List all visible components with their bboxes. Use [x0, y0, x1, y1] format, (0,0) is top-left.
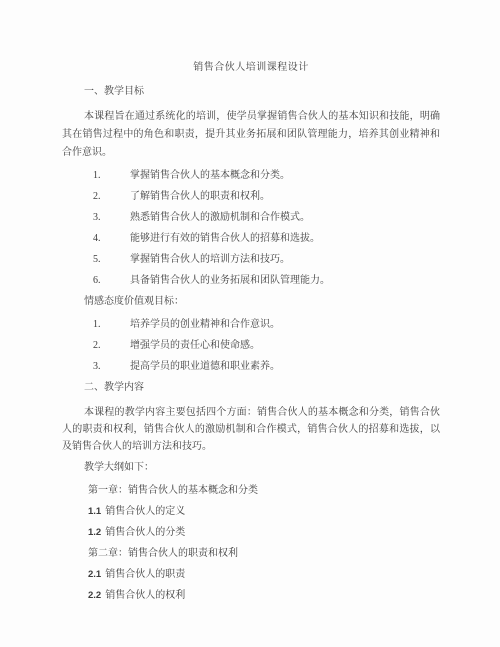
outline-number: 1.1 [88, 506, 101, 517]
value-item: 2. 增强学员的责任心和使命感。 [62, 339, 440, 353]
outline-chapter: 第二章：销售合伙人的职责和权利 [62, 547, 440, 560]
list-text: 熟悉销售合伙人的激励机制和合作模式。 [130, 211, 310, 225]
objective-item: 4. 能够进行有效的销售合伙人的招募和选拔。 [62, 232, 440, 246]
objective-item: 1. 掌握销售合伙人的基本概念和分类。 [62, 169, 440, 183]
list-text: 掌握销售合伙人的培训方法和技巧。 [130, 253, 290, 267]
section2-heading: 二、教学内容 [62, 381, 440, 395]
list-text: 培养学员的创业精神和合作意识。 [130, 318, 280, 332]
list-text: 了解销售合伙人的职责和权利。 [130, 190, 270, 204]
objective-item: 5. 掌握销售合伙人的培训方法和技巧。 [62, 253, 440, 267]
objective-item: 6. 具备销售合伙人的业务拓展和团队管理能力。 [62, 274, 440, 288]
outline-text: 第一章：销售合伙人的基本概念和分类 [88, 485, 258, 496]
outline-number: 1.2 [88, 527, 101, 538]
section1-intro-paragraph: 本课程旨在通过系统化的培训，使学员掌握销售合伙人的基本知识和技能，明确其在销售过… [62, 108, 440, 162]
list-text: 掌握销售合伙人的基本概念和分类。 [130, 169, 290, 183]
list-number: 3. [93, 211, 130, 225]
course-outline: 第一章：销售合伙人的基本概念和分类 1.1销售合伙人的定义 1.2销售合伙人的分… [62, 484, 440, 602]
outline-heading: 教学大纲如下： [62, 461, 440, 475]
outline-number: 2.2 [88, 590, 101, 601]
list-text: 具备销售合伙人的业务拓展和团队管理能力。 [130, 274, 330, 288]
list-number: 4. [93, 232, 130, 246]
outline-chapter: 第一章：销售合伙人的基本概念和分类 [62, 484, 440, 497]
outline-number: 2.1 [88, 569, 101, 580]
list-number: 3. [93, 360, 130, 374]
list-number: 6. [93, 274, 130, 288]
outline-item: 1.2销售合伙人的分类 [62, 526, 440, 539]
list-number: 2. [93, 339, 130, 353]
list-number: 1. [93, 169, 130, 183]
objectives-list: 1. 掌握销售合伙人的基本概念和分类。 2. 了解销售合伙人的职责和权利。 3.… [62, 169, 440, 288]
outline-text: 销售合伙人的定义 [105, 506, 185, 517]
section2-intro-paragraph: 本课程的教学内容主要包括四个方面：销售合伙人的基本概念和分类，销售合伙人的职责和… [62, 404, 440, 455]
outline-text: 第二章：销售合伙人的职责和权利 [88, 548, 238, 559]
section1-heading: 一、教学目标 [62, 85, 440, 99]
document-page: 销售合伙人培训课程设计 一、教学目标 本课程旨在通过系统化的培训，使学员掌握销售… [0, 0, 500, 647]
value-item: 1. 培养学员的创业精神和合作意识。 [62, 318, 440, 332]
values-list: 1. 培养学员的创业精神和合作意识。 2. 增强学员的责任心和使命感。 3. 提… [62, 318, 440, 374]
outline-item: 2.2销售合伙人的权利 [62, 589, 440, 602]
outline-text: 销售合伙人的权利 [105, 590, 185, 601]
outline-text: 销售合伙人的分类 [105, 527, 185, 538]
objective-item: 2. 了解销售合伙人的职责和权利。 [62, 190, 440, 204]
list-text: 增强学员的责任心和使命感。 [130, 339, 260, 353]
outline-item: 2.1销售合伙人的职责 [62, 568, 440, 581]
list-text: 提高学员的职业道德和职业素养。 [130, 360, 280, 374]
value-item: 3. 提高学员的职业道德和职业素养。 [62, 360, 440, 374]
list-number: 5. [93, 253, 130, 267]
outline-item: 1.1销售合伙人的定义 [62, 505, 440, 518]
values-heading: 情感态度价值观目标： [62, 295, 440, 309]
list-number: 1. [93, 318, 130, 332]
outline-text: 销售合伙人的职责 [105, 569, 185, 580]
list-text: 能够进行有效的销售合伙人的招募和选拔。 [130, 232, 320, 246]
list-number: 2. [93, 190, 130, 204]
objective-item: 3. 熟悉销售合伙人的激励机制和合作模式。 [62, 211, 440, 225]
document-title: 销售合伙人培训课程设计 [62, 58, 440, 73]
